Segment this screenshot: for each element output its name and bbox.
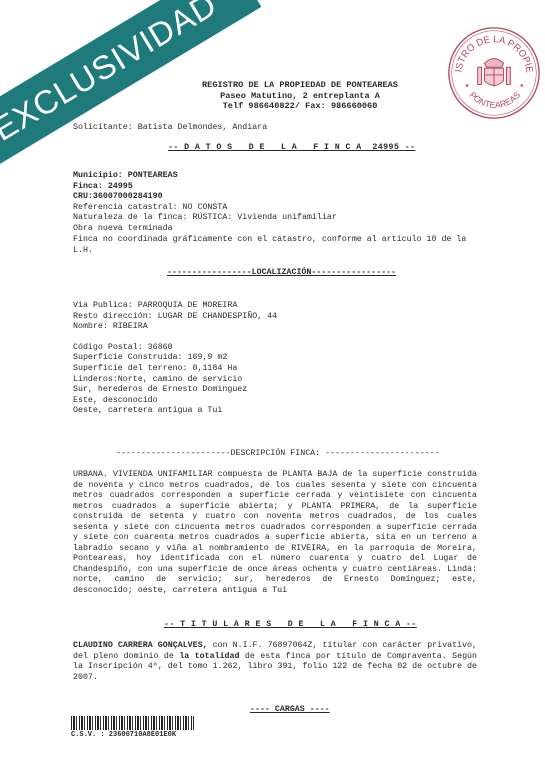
solicitante: Solicitante: Batista Delmondes, Andiara (73, 123, 267, 134)
resto-direccion: Resto dirección: LUGAR DE CHANDESPIÑO, 4… (73, 312, 473, 323)
coordinacion-catastro: Finca no coordinada gráficamente con el … (73, 235, 477, 256)
barcode-icon (71, 716, 194, 730)
superficie-construida: Superficie Construida: 169,9 m2 (73, 353, 473, 364)
datos-finca-block: Municipio: PONTEAREAS Finca: 24995 CRU:3… (73, 171, 473, 235)
csv-code: C.S.V. : 23600710A8E01E0K (71, 731, 176, 739)
codigo-postal: Código Postal: 36860 (73, 343, 473, 354)
descripcion-heading: -----------------------DESCRIPCIÓN FINCA… (116, 449, 440, 460)
nombre: Nombre: RIBEIRA (73, 322, 473, 333)
seal-bottom-text: PONTEAREAS (468, 90, 523, 110)
totalidad-emphasis: la totalidad (179, 652, 239, 661)
titulares-heading: -- T I T U L A R E S D E L A F I N C A -… (164, 620, 417, 631)
registry-address: Paseo Matutino, 2 entreplanta A (140, 91, 460, 102)
owner-name: CLAUDINO CARRERA GONÇALVES, (73, 641, 208, 650)
datos-finca-heading: -- D A T O S D E L A F I N C A 24995 -- (168, 143, 415, 154)
municipio: Municipio: PONTEAREAS (73, 171, 473, 182)
lindero: Linderos:Norte, camino de servicio (73, 375, 473, 386)
registry-phone-fax: Telf 986640822/ Fax: 986660060 (140, 101, 460, 112)
naturaleza-finca: Naturaleza de la finca: RÚSTICA: Viviend… (73, 213, 473, 224)
referencia-catastral: Referencia catastral: NO CONSTA (73, 203, 473, 214)
registry-header: REGISTRO DE LA PROPIEDAD DE PONTEAREAS P… (140, 80, 460, 112)
localizacion-heading: -----------------LOCALIZACIÓN-----------… (167, 268, 396, 279)
descripcion-text: URBANA. VIVIENDA UNIFAMILIAR compuesta d… (73, 470, 477, 596)
titulares-text: CLAUDINO CARRERA GONÇALVES, con N.I.F. 7… (73, 641, 477, 683)
lindero: Oeste, carretera antigua a Tui (73, 406, 473, 417)
finca-number: Finca: 24995 (73, 182, 473, 193)
superficie-terreno: Superficie del terreno: 0,1184 Ha (73, 364, 473, 375)
obra-nueva: Obra nueva terminada (73, 224, 473, 235)
via-publica: Via Publica: PARROQUIA DE MOREIRA (73, 301, 473, 312)
lindero: Sur, herederos de Ernesto Dominguez (73, 385, 473, 396)
localizacion-block: Via Publica: PARROQUIA DE MOREIRA Resto … (73, 301, 473, 417)
cru: CRU:36007000284190 (73, 192, 473, 203)
svg-text:PONTEAREAS: PONTEAREAS (468, 90, 523, 110)
lindero: Este, desconocido (73, 396, 473, 407)
registry-seal-icon: REGISTRO DE LA PROPIEDAD PONTEAREAS (446, 25, 542, 121)
cargas-heading: ---- CARGAS ---- (250, 705, 330, 716)
registry-name: REGISTRO DE LA PROPIEDAD DE PONTEAREAS (140, 80, 460, 91)
